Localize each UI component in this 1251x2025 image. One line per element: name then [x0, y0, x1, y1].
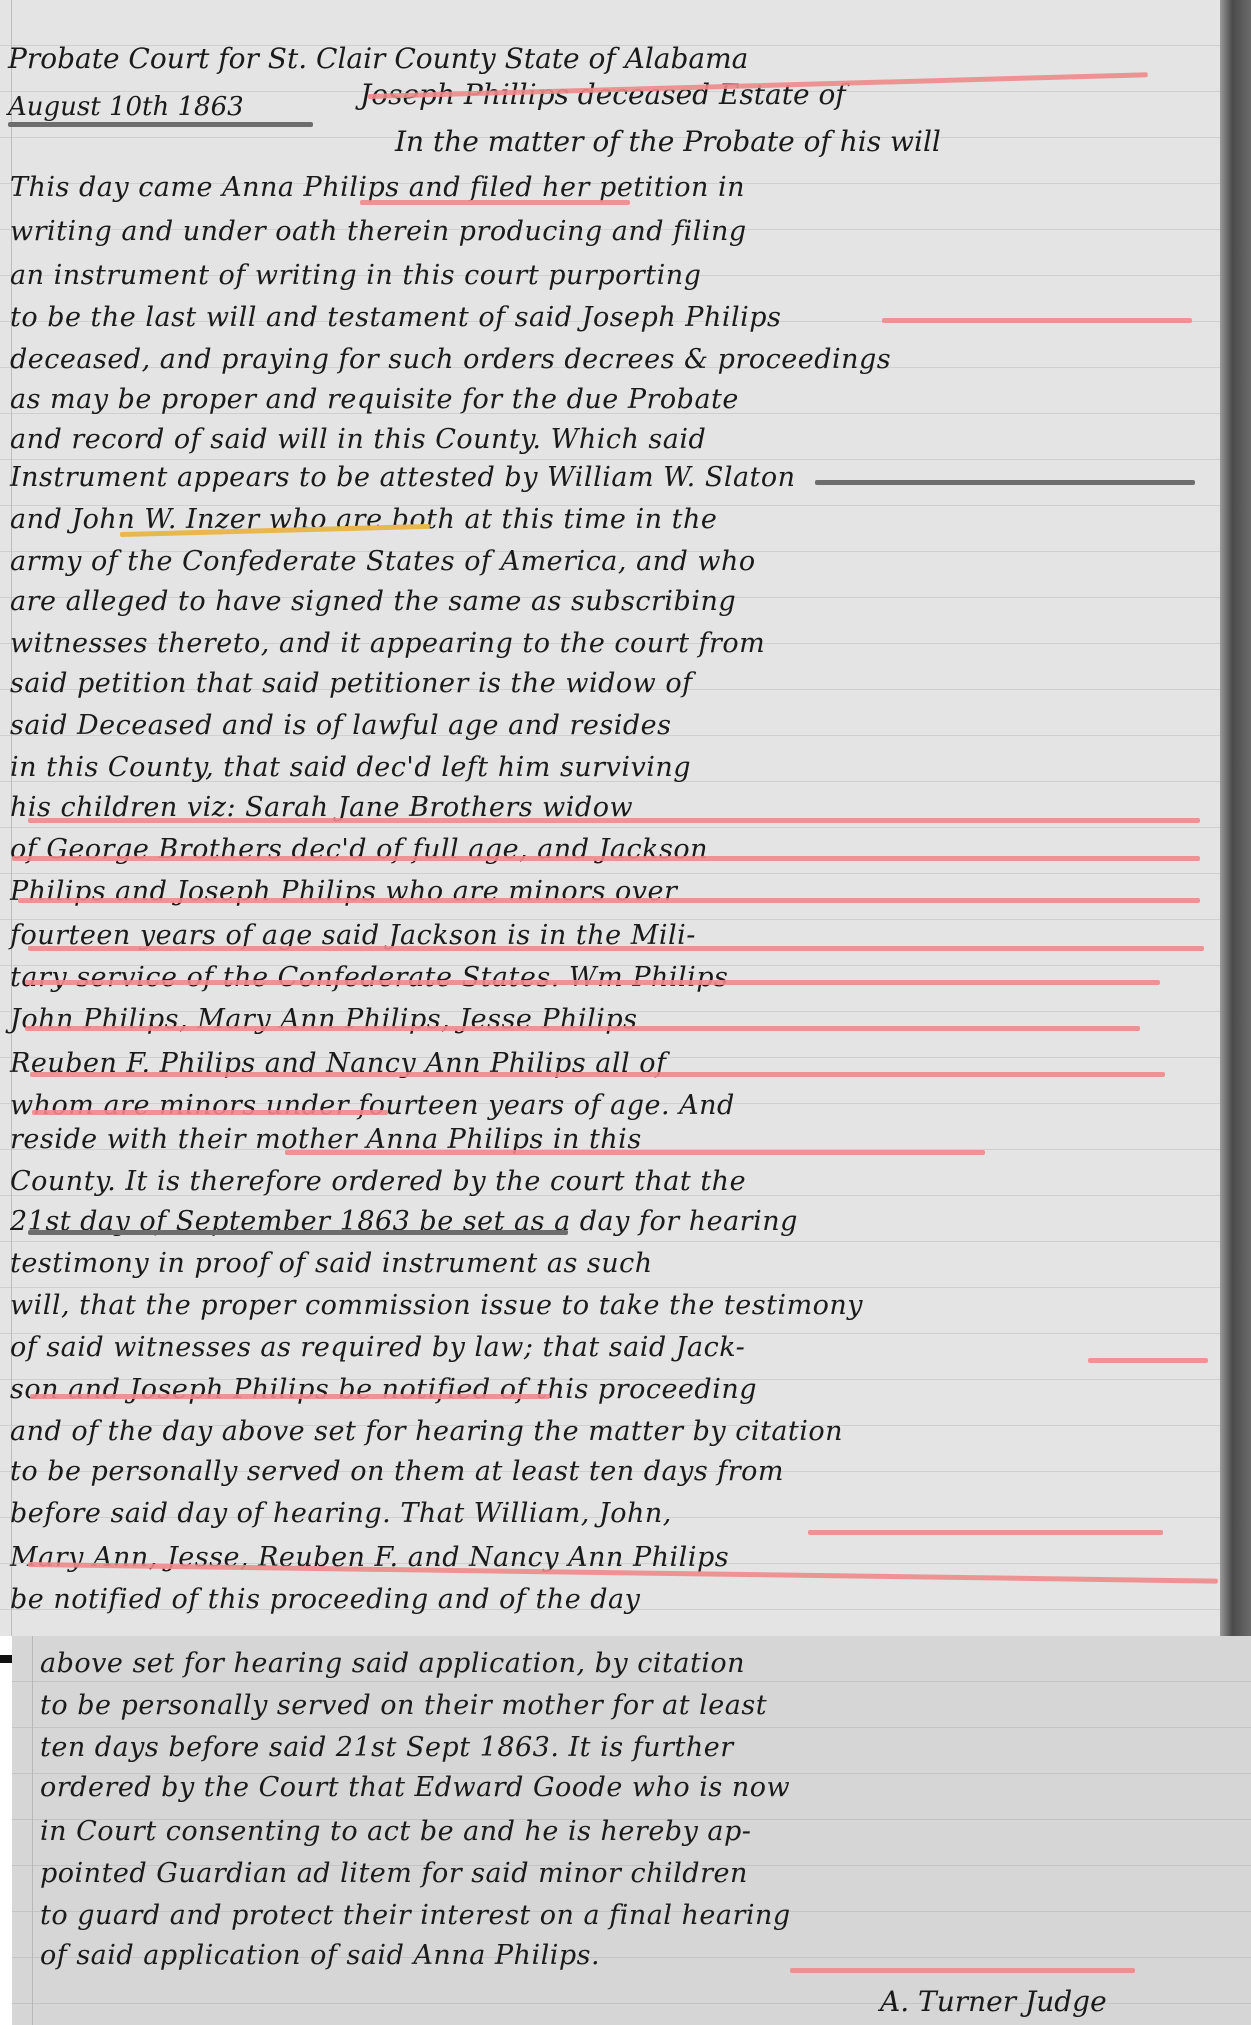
underline-minors [18, 898, 1200, 903]
text-line: ten days before said 21st Sept 1863. It … [40, 1732, 734, 1763]
text-line: are alleged to have signed the same as s… [10, 586, 736, 617]
date-underline [8, 122, 313, 127]
text-line: son and Joseph Philips be notified of th… [10, 1374, 757, 1405]
underline-jackson [28, 946, 1204, 951]
judge-signature: A. Turner Judge [880, 1985, 1107, 2018]
text-line: to be personally served on them at least… [10, 1456, 784, 1487]
text-line: of said application of said Anna Philips… [40, 1940, 600, 1971]
underline-anna [360, 200, 630, 205]
underline-wm [25, 980, 1160, 985]
text-line: ordered by the Court that Edward Goode w… [40, 1772, 790, 1803]
text-line: be notified of this proceeding and of th… [10, 1584, 640, 1615]
underline-anna-final [790, 1968, 1135, 1973]
text-line: as may be proper and requisite for the d… [10, 384, 739, 415]
underline-jack [1088, 1358, 1208, 1363]
underline-mother [285, 1150, 985, 1155]
text-line: County. It is therefore ordered by the c… [10, 1166, 746, 1197]
underline-whom [32, 1110, 388, 1115]
underline-children [28, 818, 1200, 823]
scan-edge-mark [0, 1655, 12, 1663]
text-line: in Court consenting to act be and he is … [40, 1816, 751, 1847]
text-line: writing and under oath therein producing… [10, 216, 747, 247]
text-line: pointed Guardian ad litem for said minor… [40, 1858, 748, 1889]
case-subtitle: In the matter of the Probate of his will [395, 125, 941, 158]
underline-sept-date [28, 1230, 568, 1235]
text-line: said petition that said petitioner is th… [10, 668, 693, 699]
text-line: to be personally served on their mother … [40, 1690, 767, 1721]
text-line: and record of said will in this County. … [10, 424, 706, 455]
text-line: of said witnesses as required by law; th… [10, 1332, 745, 1363]
underline-john-mary [25, 1026, 1140, 1031]
text-line: in this County, that said dec'd left him… [10, 752, 691, 783]
text-line: This day came Anna Philips and filed her… [10, 172, 745, 203]
scan-margin [0, 1663, 12, 2025]
text-line: deceased, and praying for such orders de… [10, 344, 891, 375]
underline-george [12, 856, 1200, 861]
text-line: will, that the proper commission issue t… [10, 1290, 863, 1321]
text-line: tary service of the Confederate States. … [10, 962, 728, 993]
text-line: Instrument appears to be attested by Wil… [10, 462, 796, 493]
text-line: before said day of hearing. That William… [10, 1498, 672, 1529]
text-line: army of the Confederate States of Americ… [10, 546, 756, 577]
court-heading: Probate Court for St. Clair County State… [8, 42, 748, 75]
underline-joseph [882, 318, 1192, 323]
underline-william-slaton [815, 480, 1195, 485]
underline-son-joseph [30, 1394, 550, 1399]
text-line: to guard and protect their interest on a… [40, 1900, 791, 1931]
text-line: witnesses thereto, and it appearing to t… [10, 628, 765, 659]
underline-reuben-nancy [30, 1072, 1165, 1077]
text-line: said Deceased and is of lawful age and r… [10, 710, 671, 741]
record-date: August 10th 1863 [8, 92, 244, 122]
text-line: whom are minors under fourteen years of … [10, 1090, 735, 1121]
text-line: an instrument of writing in this court p… [10, 260, 701, 291]
text-line: and of the day above set for hearing the… [10, 1416, 843, 1447]
text-line: testimony in proof of said instrument as… [10, 1248, 653, 1279]
text-line: above set for hearing said application, … [40, 1648, 745, 1679]
text-line: to be the last will and testament of sai… [10, 302, 781, 333]
underline-william-john [808, 1530, 1163, 1535]
